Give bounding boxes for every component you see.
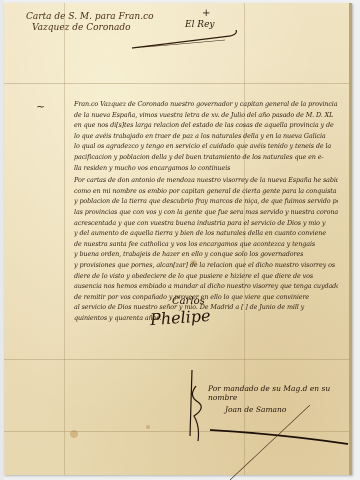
body-line: diere de lo visto y obedeciere de lo que… bbox=[74, 271, 338, 282]
body-line: lo qual os agradezco y tengo en servicio… bbox=[74, 141, 338, 152]
paper-stain bbox=[146, 425, 150, 429]
body-line: de la nueva España, vimos vuestra letra … bbox=[74, 110, 338, 121]
diagonal-stroke bbox=[220, 405, 320, 480]
body-line: Fran.co Vazquez de Coronado nuestro gove… bbox=[74, 99, 338, 110]
letter-body: Fran.co Vazquez de Coronado nuestro gove… bbox=[74, 99, 338, 323]
paper-stain bbox=[70, 430, 78, 438]
margin-mark: ~ bbox=[36, 100, 45, 113]
secretary-attestation: Por mandado de su Mag.d en su nombre bbox=[208, 384, 360, 402]
royal-signature-top: Carlos bbox=[172, 296, 205, 307]
body-line: lo que avéis trabajado en traer de paz a… bbox=[74, 131, 338, 142]
body-line: ausencia nos hemos embiado a mandar al d… bbox=[74, 281, 338, 292]
body-line: pacificacion y poblacion della y del bue… bbox=[74, 152, 338, 163]
fold-crease bbox=[64, 3, 65, 475]
body-line: de nuestra santa fee catholica y vos los… bbox=[74, 239, 338, 250]
body-line: como en mi nombre os embio por capitan g… bbox=[74, 186, 338, 197]
docket-line: Carta de S. M. para Fran.co bbox=[26, 12, 166, 23]
body-line: y poblacion de la tierra que descubrio f… bbox=[74, 196, 338, 207]
body-line: Por cartas de don antonio de mendoza nue… bbox=[74, 175, 338, 186]
body-line: lla residen y mucho vos encargamos lo co… bbox=[74, 163, 338, 174]
body-line: las provincias que con vos y con la gent… bbox=[74, 207, 338, 218]
flourish-stroke bbox=[130, 30, 240, 50]
body-paragraph-2: Por cartas de don antonio de mendoza nue… bbox=[74, 175, 338, 323]
body-line: y buena orden, trabajeis de hazer en ell… bbox=[74, 249, 338, 260]
body-line: y del aumento de aquella tierra y bien d… bbox=[74, 228, 338, 239]
fold-crease bbox=[4, 359, 352, 360]
body-line: de remitir por vos conpañado y proveer e… bbox=[74, 292, 338, 303]
body-line: en que nos di[s]tes larga relacion del e… bbox=[74, 120, 338, 131]
body-line: y provisiones que pornes, alcan[zar] de … bbox=[74, 260, 338, 271]
fold-crease bbox=[4, 83, 352, 84]
salutation: El Rey bbox=[185, 20, 215, 30]
cross-mark: + bbox=[202, 8, 210, 19]
body-line: acrescentada y que con vuestra buena ind… bbox=[74, 218, 338, 229]
